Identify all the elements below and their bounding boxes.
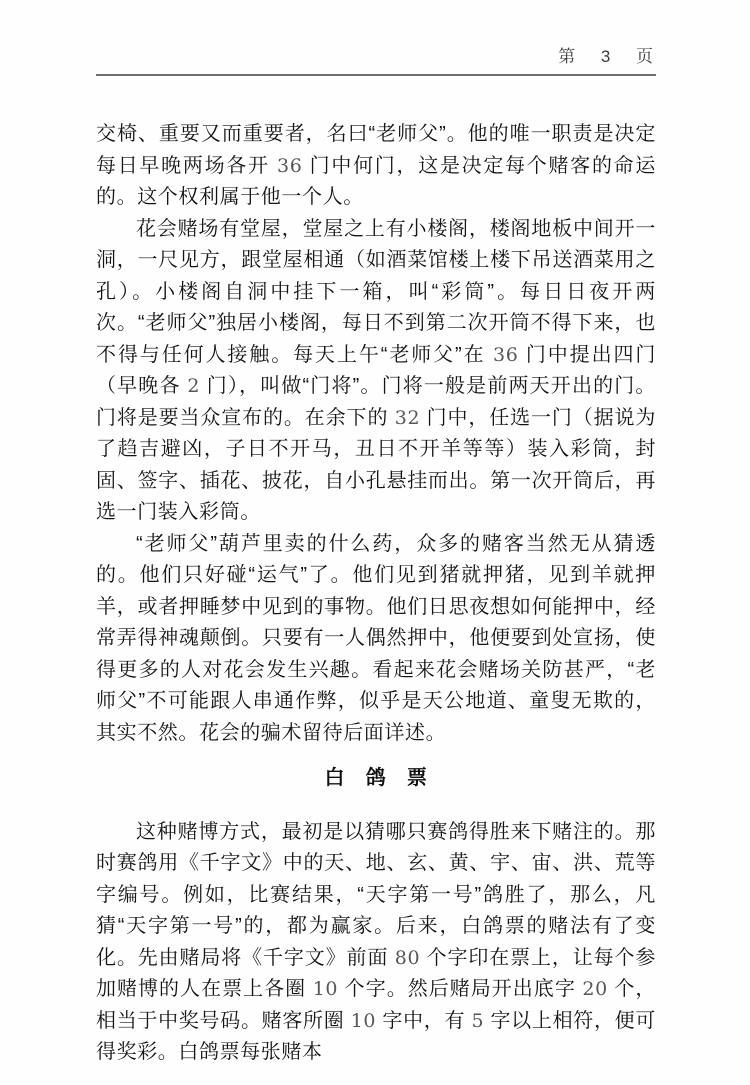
page-content: 第 3 页 交椅、重要又而重要者，名曰“老师父”。他的唯一职责是决定每日早晚两场… <box>96 0 656 1069</box>
paragraph-continuation: 交椅、重要又而重要者，名曰“老师父”。他的唯一职责是决定每日早晚两场各开 36 … <box>96 119 656 214</box>
document-page: 第 3 页 交椅、重要又而重要者，名曰“老师父”。他的唯一职责是决定每日早晚两场… <box>0 0 750 1085</box>
page-header: 第 3 页 <box>96 0 656 67</box>
paragraph-pigeon-ticket-rules: 这种赌博方式，最初是以猜哪只赛鸽得胜来下赌注的。那时赛鸽用《千字文》中的天、地、… <box>96 817 656 1069</box>
paragraph-flower-society-hall: 花会赌场有堂屋，堂屋之上有小楼阁，楼阁地板中间开一洞，一尺见方，跟堂屋相通（如酒… <box>96 214 656 529</box>
page-body: 交椅、重要又而重要者，名曰“老师父”。他的唯一职责是决定每日早晚两场各开 36 … <box>96 119 656 1069</box>
paragraph-gamblers-guessing: “老师父”葫芦里卖的什么药，众多的赌客当然无从猜透的。他们只好碰“运气”了。他们… <box>96 529 656 750</box>
header-rule <box>96 74 656 76</box>
page-number: 第 3 页 <box>558 47 656 66</box>
section-heading-white-pigeon-ticket: 白 鸽 票 <box>96 763 656 795</box>
